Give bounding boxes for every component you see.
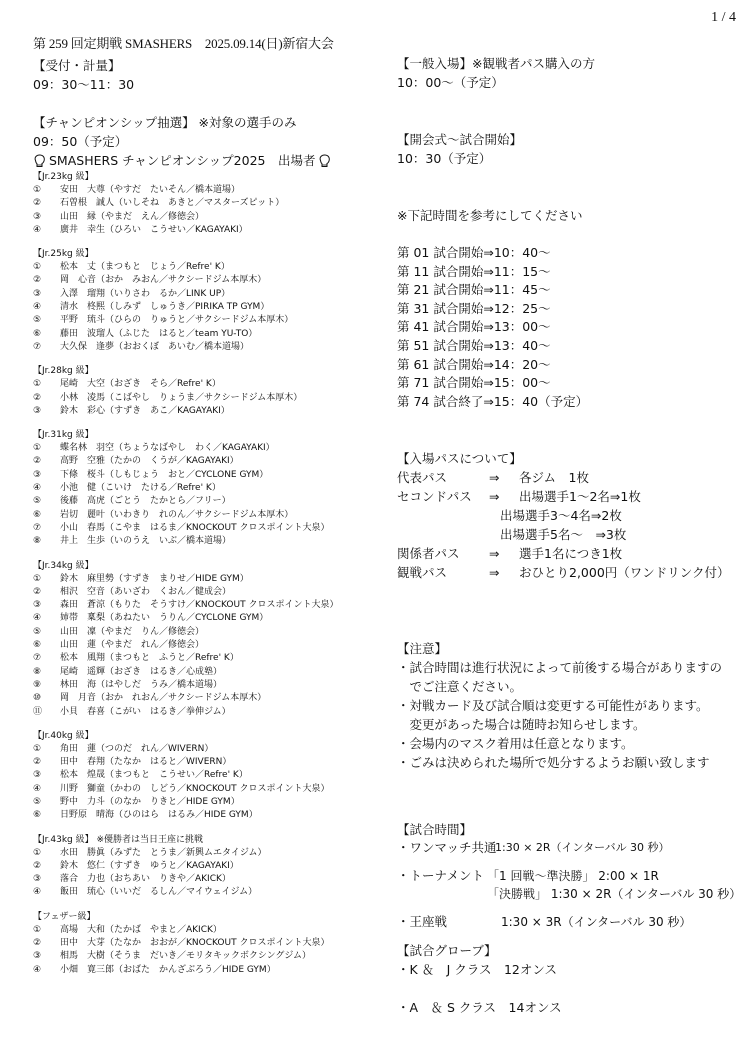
note-item: ・試合時間は進行状況によって前後する場合がありますの [397,658,747,677]
entry-text: 岡 心音（おか みおん／サクシードジム本厚木） [60,274,266,287]
entry-text: 松本 煌晟（まつもと こうせい／Refre' K） [60,769,248,782]
fighter-entry: ⑥日野原 晴海（ひのはら はるみ／HIDE GYM） [33,809,373,822]
entry-text: 姉帯 稟梨（あねたい うりん／CYCLONE GYM） [60,612,268,625]
note-item: ・ごみは決められた場所で処分するようお願い致します [397,753,747,772]
fighter-entry: ②小林 凌馬（こばやし りょうま／サクシードジム本厚木） [33,392,373,405]
entry-number: ⑥ [33,509,60,522]
entry-text: 鈴木 彩心（すずき あこ／KAGAYAKI） [60,405,230,418]
fighter-entry: ①蝶名林 羽空（ちょうなばやし わく／KAGAYAKI） [33,442,373,455]
division-block: 【Jr.25kg 級】①松本 丈（まつもと じょう／Refre' K）②岡 心音… [33,248,373,354]
entry-text: 尾崎 遥輝（おざき はるき／心成塾） [60,666,222,679]
division-block: 【Jr.34kg 級】①鈴木 麻里勢（すずき まりせ／HIDE GYM）②相沢 … [33,560,373,719]
arrow-icon: ⇒ [489,563,519,582]
fighter-entry: ①安田 大尊（やすだ たいそん／橋本道場） [33,184,373,197]
entry-text: 松本 風翔（まつもと ふうと／Refre' K） [60,652,239,665]
entry-number: ① [33,743,60,756]
division-block: 【Jr.40kg 級】①角田 蓮（つのだ れん／WIVERN）②田中 春翔（たな… [33,730,373,823]
note-item: でご注意ください。 [397,677,747,696]
schedule-row: 第 71 試合開始⇒15：00〜 [397,374,747,393]
entry-text: 藤田 波瑠人（ふじた はると／team YU-TO） [60,328,257,341]
entry-number: ① [33,261,60,274]
entry-number: ① [33,847,60,860]
entry-number: ⑦ [33,341,60,354]
fighter-entry: ②田中 春翔（たなか はると／WIVERN） [33,756,373,769]
fighter-entry: ③山田 縁（やまだ えん／修徳会） [33,211,373,224]
entry-text: 林田 海（はやしだ うみ／橋本道場） [60,679,222,692]
entry-text: 小貝 春喜（こがい はるき／拳伸ジム） [60,706,231,719]
schedule-row: 第 01 試合開始⇒10：40〜 [397,244,747,263]
entry-number: ③ [33,469,60,482]
division-block: 【Jr.23kg 級】①安田 大尊（やすだ たいそん／橋本道場）②石曽根 誠人（… [33,171,373,237]
entry-text: 高場 大和（たかば やまと／AKICK） [60,924,222,937]
fighter-entry: ⑧井上 生歩（いのうえ いぶ／橋本道場） [33,535,373,548]
entry-number: ② [33,586,60,599]
glove-item: ・A ＆ S クラス 14オンス [397,998,747,1017]
entry-number: ⑨ [33,679,60,692]
opening-heading: 【開会式〜試合開始】 [397,130,747,149]
entry-number: ④ [33,886,60,899]
entry-text: 野中 力斗（のなか りきと／HIDE GYM） [60,796,240,809]
entry-text: 井上 生歩（いのうえ いぶ／橋本道場） [60,535,231,548]
fighter-entry: ④川野 獅童（かわの しどう／KNOCKOUT クロスポイント大泉） [33,783,373,796]
entry-text: 相沢 空音（あいざわ くおん／健成会） [60,586,231,599]
entry-text: 平野 琉斗（ひらの りゅうと／サクシードジム本厚木） [60,314,293,327]
entry-number: ⑩ [33,692,60,705]
boxing-glove-icon [33,154,46,168]
fighter-entry: ⑥岩切 麗叶（いわきり れのん／サクシードジム本厚木） [33,509,373,522]
match-schedule: 第 01 試合開始⇒10：40〜 第 11 試合開始⇒11：15〜 第 21 試… [397,244,747,411]
fighter-entry: ⑥山田 蓮（やまだ れん／修徳会） [33,639,373,652]
entry-number: ① [33,378,60,391]
fighter-entry: ②田中 大芽（たなか おおが／KNOCKOUT クロスポイント大泉） [33,937,373,950]
division-block: 【Jr.31kg 級】①蝶名林 羽空（ちょうなばやし わく／KAGAYAKI）②… [33,429,373,548]
fighter-entry: ③松本 煌晟（まつもと こうせい／Refre' K） [33,769,373,782]
fighter-entry: ②石曽根 誠人（いしそね あきと／マスターズピット） [33,197,373,210]
entry-number: ② [33,392,60,405]
entry-text: 飯田 琉心（いいだ るしん／マイウェイジム） [60,886,257,899]
fighter-entry: ③鈴木 彩心（すずき あこ／KAGAYAKI） [33,405,373,418]
tournament-value-2: 「決勝戦」 1:30 × 2R（インターバル 30 秒） [487,885,741,903]
glove-item: ・K ＆ J クラス 12オンス [397,960,747,979]
fighter-entry: ⑪小貝 春喜（こがい はるき／拳伸ジム） [33,706,373,719]
schedule-note: ※下記時間を参考にしてください [397,206,747,225]
entry-number: ② [33,274,60,287]
entry-number: ④ [33,783,60,796]
division-heading: 【Jr.25kg 級】 [33,248,373,261]
entry-number: ② [33,455,60,468]
arrow-icon: ⇒ [489,468,519,487]
division-heading: 【Jr.28kg 級】 [33,365,373,378]
note-item: ・対戦カード及び試合順は変更する可能性があります。 [397,696,747,715]
document-title: 第 259 回定期戦 SMASHERS 2025.09.14(日)新宿大会 [33,33,334,52]
fighter-entry: ④廣井 幸生（ひろい こうせい／KAGAYAKI） [33,224,373,237]
fighter-entry: ①松本 丈（まつもと じょう／Refre' K） [33,261,373,274]
entry-text: 岩切 麗叶（いわきり れのん／サクシードジム本厚木） [60,509,293,522]
entry-number: ⑧ [33,535,60,548]
division-block: 【フェザー級】①高場 大和（たかば やまと／AKICK）②田中 大芽（たなか お… [33,911,373,977]
entry-number: ③ [33,405,60,418]
division-heading: 【Jr.40kg 級】 [33,730,373,743]
fighter-entry: ②岡 心音（おか みおん／サクシードジム本厚木） [33,274,373,287]
arrow-icon: ⇒ [489,544,519,563]
lottery-time: 09：50（予定） [33,132,373,151]
entry-number: ③ [33,873,60,886]
title-match-row: ・王座戦 1:30 × 3R（インターバル 30 秒） [397,913,747,931]
championship-title: SMASHERS チャンピオンシップ2025 出場者 [33,151,373,171]
fighter-entry: ③下條 桜斗（しもじょう おと／CYCLONE GYM） [33,469,373,482]
schedule-row: 第 61 試合開始⇒14：20〜 [397,356,747,375]
fighter-entry: ④飯田 琉心（いいだ るしん／マイウェイジム） [33,886,373,899]
pass-label: セコンドパス [397,487,489,506]
entry-text: 蝶名林 羽空（ちょうなばやし わく／KAGAYAKI） [60,442,275,455]
fighter-entry: ④姉帯 稟梨（あねたい うりん／CYCLONE GYM） [33,612,373,625]
entry-text: 鈴木 麻里勢（すずき まりせ／HIDE GYM） [60,573,249,586]
fighter-entry: ⑩岡 月音（おか れおん／サクシードジム本厚木） [33,692,373,705]
fighter-entry: ②高野 空雅（たかの くうが／KAGAYAKI） [33,455,373,468]
entry-number: ④ [33,612,60,625]
entry-number: ① [33,184,60,197]
entry-number: ① [33,573,60,586]
schedule-row: 第 31 試合開始⇒12：25〜 [397,300,747,319]
fighter-entry: ③落合 力也（おちあい りきや／AKICK） [33,873,373,886]
fighter-entry: ③相馬 大樹（そうま だいき／モリタキックボクシングジム） [33,950,373,963]
entry-number: ⑤ [33,796,60,809]
entry-text: 高野 空雅（たかの くうが／KAGAYAKI） [60,455,239,468]
division-block: 【Jr.43kg 級】 ※優勝者は当日王座に挑戦①水田 勝眞（みずた とうま／新… [33,834,373,900]
opening-time: 10：30（予定） [397,149,747,168]
entry-number: ④ [33,301,60,314]
division-heading: 【フェザー級】 [33,911,373,924]
entry-text: 石曽根 誠人（いしそね あきと／マスターズピット） [60,197,284,210]
entry-number: ③ [33,950,60,963]
one-match-value: 1:30 × 2R（インターバル 30 秒） [495,839,670,857]
entry-text: 尾崎 大空（おざき そら／Refre' K） [60,378,221,391]
fighter-entry: ⑤山田 凜（やまだ りん／修徳会） [33,626,373,639]
pass-value: 各ジム 1枚 [519,468,589,487]
boxing-glove-icon [318,154,331,168]
championship-title-text: SMASHERS チャンピオンシップ2025 出場者 [49,151,315,171]
title-match-label: ・王座戦 [397,913,501,931]
entry-number: ③ [33,211,60,224]
entry-text: 小山 春馬（こやま はるま／KNOCKOUT クロスポイント大泉） [60,522,329,535]
entry-text: 山田 縁（やまだ えん／修徳会） [60,211,204,224]
gloves-heading: 【試合グローブ】 [397,941,747,960]
entry-number: ⑥ [33,328,60,341]
entry-text: 田中 大芽（たなか おおが／KNOCKOUT クロスポイント大泉） [60,937,329,950]
pass-label: 代表パス [397,468,489,487]
match-time-heading: 【試合時間】 [397,820,747,839]
right-column: 【一般入場】※観戦者パス購入の方 10：00〜（予定） 【開会式〜試合開始】 1… [397,54,747,1017]
entry-number: ⑦ [33,652,60,665]
entry-number: ② [33,756,60,769]
entry-number: ② [33,860,60,873]
note-item: 変更があった場合は随時お知らせします。 [397,715,747,734]
entry-number: ① [33,442,60,455]
fighter-entry: ①角田 蓮（つのだ れん／WIVERN） [33,743,373,756]
entry-number: ⑥ [33,639,60,652]
tournament-row: ・トーナメント 「1 回戦〜準決勝」 2:00 × 1R [397,867,747,885]
fighter-entry: ⑤後藤 高虎（ごとう たかとら／フリー） [33,495,373,508]
tournament-label: ・トーナメント [397,867,487,885]
title-match-value: 1:30 × 3R（インターバル 30 秒） [501,913,691,931]
entry-number: ③ [33,288,60,301]
pass-value: おひとり2,000円（ワンドリンク付） [519,563,730,582]
fighter-entry: ⑥藤田 波瑠人（ふじた はると／team YU-TO） [33,328,373,341]
entry-number: ⑥ [33,809,60,822]
pass-row: 観戦パス ⇒ おひとり2,000円（ワンドリンク付） [397,563,747,582]
entry-text: 日野原 晴海（ひのはら はるみ／HIDE GYM） [60,809,258,822]
entry-number: ② [33,937,60,950]
arrow-icon: ⇒ [489,487,519,506]
entry-text: 大久保 逢夢（おおくぼ あいむ／橋本道場） [60,341,249,354]
entry-number: ④ [33,482,60,495]
entry-number: ⑤ [33,314,60,327]
entry-number: ④ [33,224,60,237]
pass-label: 観戦パス [397,563,489,582]
division-heading: 【Jr.34kg 級】 [33,560,373,573]
fighter-entry: ⑤野中 力斗（のなか りきと／HIDE GYM） [33,796,373,809]
one-match-row: ・ワンマッチ共通 1:30 × 2R（インターバル 30 秒） [397,839,747,857]
entry-text: 岡 月音（おか れおん／サクシードジム本厚木） [60,692,266,705]
notes-section: 【注意】 ・試合時間は進行状況によって前後する場合がありますの でご注意ください… [397,639,747,772]
fighter-entry: ①鈴木 麻里勢（すずき まりせ／HIDE GYM） [33,573,373,586]
schedule-row: 第 41 試合開始⇒13：00〜 [397,318,747,337]
fighter-entry: ④小畑 寛三郎（おばた かんざぶろう／HIDE GYM） [33,964,373,977]
division-block: 【Jr.28kg 級】①尾崎 大空（おざき そら／Refre' K）②小林 凌馬… [33,365,373,418]
entry-text: 森田 蒼涼（もりた そうすけ／KNOCKOUT クロスポイント大泉） [60,599,338,612]
fighter-entry: ⑧尾崎 遥輝（おざき はるき／心成塾） [33,666,373,679]
pass-value: 出場選手3〜4名⇒2枚 [500,506,622,525]
division-list: 【Jr.23kg 級】①安田 大尊（やすだ たいそん／橋本道場）②石曽根 誠人（… [33,171,373,977]
entry-text: 田中 春翔（たなか はると／WIVERN） [60,756,231,769]
fighter-entry: ①尾崎 大空（おざき そら／Refre' K） [33,378,373,391]
entry-text: 小林 凌馬（こばやし りょうま／サクシードジム本厚木） [60,392,302,405]
entry-text: 下條 桜斗（しもじょう おと／CYCLONE GYM） [60,469,268,482]
left-column: 【受付・計量】 09：30〜11：30 【チャンピオンシップ抽選】 ※対象の選手… [33,56,373,977]
schedule-row: 第 74 試合終了⇒15：40（予定） [397,393,747,412]
pass-row: セコンドパス ⇒ 出場選手1〜2名⇒1枚 [397,487,747,506]
entry-number: ④ [33,964,60,977]
entry-text: 廣井 幸生（ひろい こうせい／KAGAYAKI） [60,224,248,237]
entry-text: 後藤 高虎（ごとう たかとら／フリー） [60,495,231,508]
pass-value: 選手1名につき1枚 [519,544,622,563]
general-admission-time: 10：00〜（予定） [397,73,747,92]
general-admission-heading: 【一般入場】※観戦者パス購入の方 [397,54,747,73]
one-match-label: ・ワンマッチ共通 [397,839,495,857]
fighter-entry: ⑤平野 琉斗（ひらの りゅうと／サクシードジム本厚木） [33,314,373,327]
pass-row: 出場選手3〜4名⇒2枚 [397,506,747,525]
entry-number: ⑤ [33,495,60,508]
reception-time: 09：30〜11：30 [33,75,373,94]
lottery-heading: 【チャンピオンシップ抽選】 ※対象の選手のみ [33,113,373,132]
notes-heading: 【注意】 [397,639,747,658]
entry-number: ③ [33,769,60,782]
fighter-entry: ③入澤 瑠翔（いりさわ るか／LINK UP） [33,288,373,301]
entry-text: 落合 力也（おちあい りきや／AKICK） [60,873,231,886]
schedule-row: 第 11 試合開始⇒11：15〜 [397,263,747,282]
entry-number: ② [33,197,60,210]
tournament-value-1: 「1 回戦〜準決勝」 2:00 × 1R [487,867,659,885]
pass-value: 出場選手1〜2名⇒1枚 [519,487,641,506]
division-heading: 【Jr.31kg 級】 [33,429,373,442]
entry-text: 山田 蓮（やまだ れん／修徳会） [60,639,204,652]
fighter-entry: ④清水 柊熙（しみず しゅうき／PIRIKA TP GYM） [33,301,373,314]
pass-label: 関係者パス [397,544,489,563]
fighter-entry: ④小池 健（こいけ たける／Refre' K） [33,482,373,495]
fighter-entry: ①高場 大和（たかば やまと／AKICK） [33,924,373,937]
entry-text: 相馬 大樹（そうま だいき／モリタキックボクシングジム） [60,950,311,963]
entry-text: 小池 健（こいけ たける／Refre' K） [60,482,221,495]
entry-text: 角田 蓮（つのだ れん／WIVERN） [60,743,213,756]
fighter-entry: ①水田 勝眞（みずた とうま／新興ムエタイジム） [33,847,373,860]
entry-text: 清水 柊熙（しみず しゅうき／PIRIKA TP GYM） [60,301,269,314]
entry-number: ⑦ [33,522,60,535]
entry-text: 小畑 寛三郎（おばた かんざぶろう／HIDE GYM） [60,964,276,977]
fighter-entry: ③森田 蒼涼（もりた そうすけ／KNOCKOUT クロスポイント大泉） [33,599,373,612]
page-number: 1 / 4 [711,10,736,26]
pass-row: 代表パス ⇒ 各ジム 1枚 [397,468,747,487]
entry-text: 鈴木 悠仁（すずき ゆうと／KAGAYAKI） [60,860,239,873]
fighter-entry: ⑨林田 海（はやしだ うみ／橋本道場） [33,679,373,692]
fighter-entry: ②相沢 空音（あいざわ くおん／健成会） [33,586,373,599]
entry-number: ⑧ [33,666,60,679]
entry-number: ⑪ [33,706,60,719]
fighter-entry: ⑦大久保 逢夢（おおくぼ あいむ／橋本道場） [33,341,373,354]
pass-row: 出場選手5名〜 ⇒3枚 [397,525,747,544]
entry-number: ⑤ [33,626,60,639]
schedule-row: 第 51 試合開始⇒13：40〜 [397,337,747,356]
fighter-entry: ②鈴木 悠仁（すずき ゆうと／KAGAYAKI） [33,860,373,873]
division-heading: 【Jr.23kg 級】 [33,171,373,184]
pass-value: 出場選手5名〜 ⇒3枚 [500,525,626,544]
entry-text: 水田 勝眞（みずた とうま／新興ムエタイジム） [60,847,266,860]
entry-number: ③ [33,599,60,612]
fighter-entry: ⑦松本 風翔（まつもと ふうと／Refre' K） [33,652,373,665]
tournament-row-final: 「決勝戦」 1:30 × 2R（インターバル 30 秒） [397,885,747,903]
entry-text: 入澤 瑠翔（いりさわ るか／LINK UP） [60,288,230,301]
pass-row: 関係者パス ⇒ 選手1名につき1枚 [397,544,747,563]
entry-text: 松本 丈（まつもと じょう／Refre' K） [60,261,230,274]
passes-heading: 【入場パスについて】 [397,449,747,468]
division-heading: 【Jr.43kg 級】 ※優勝者は当日王座に挑戦 [33,834,373,847]
entry-text: 山田 凜（やまだ りん／修徳会） [60,626,204,639]
fighter-entry: ⑦小山 春馬（こやま はるま／KNOCKOUT クロスポイント大泉） [33,522,373,535]
note-item: ・会場内のマスク着用は任意となります。 [397,734,747,753]
entry-text: 川野 獅童（かわの しどう／KNOCKOUT クロスポイント大泉） [60,783,329,796]
schedule-row: 第 21 試合開始⇒11：45〜 [397,281,747,300]
reception-heading: 【受付・計量】 [33,56,373,75]
entry-number: ① [33,924,60,937]
entry-text: 安田 大尊（やすだ たいそん／橋本道場） [60,184,240,197]
